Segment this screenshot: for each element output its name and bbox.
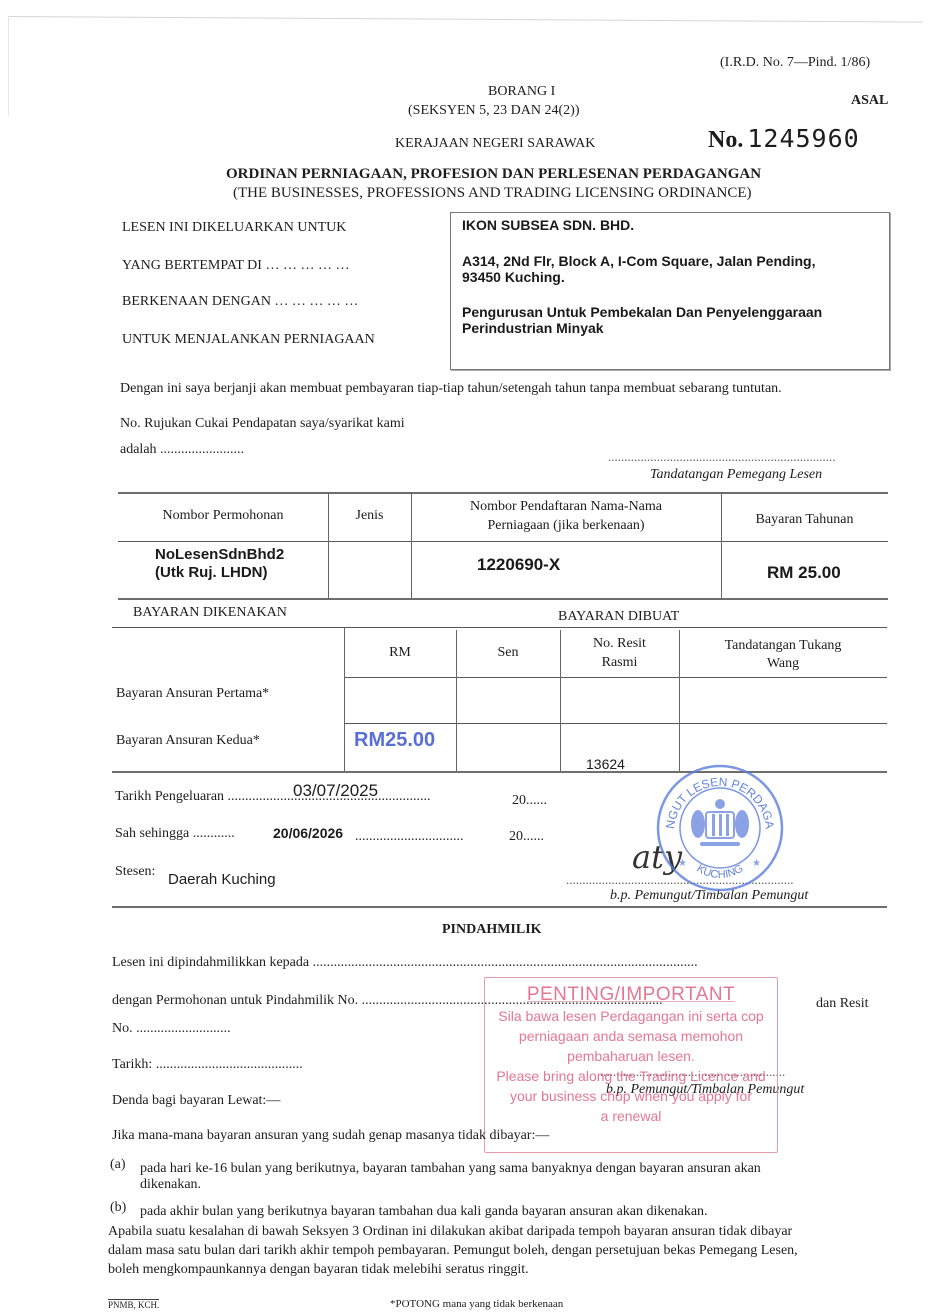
header-registration-no-line-2: Perniagaan (jika berkenaan) [411, 518, 721, 534]
holder-signature-line: ........................................… [608, 449, 836, 465]
tax-ref-value: adalah ........................ [120, 442, 244, 458]
header-annual-fee: Bayaran Tahunan [721, 512, 888, 528]
station-label: Stesen: [115, 864, 155, 880]
form-reference: (I.R.D. No. 7—Pind. 1/86) [720, 55, 870, 71]
important-stamp-line: Please bring along the Trading Licence a… [485, 1066, 777, 1086]
transfer-title: PINDAHMILIK [442, 922, 542, 938]
header-application-no: Nombor Permohonan [118, 508, 328, 524]
holder-signature-label: Tandatangan Pemegang Lesen [650, 467, 822, 483]
address-line-1: A314, 2Nd Flr, Block A, I-Com Square, Ja… [462, 253, 815, 269]
reg-table-bottom-border [118, 598, 888, 600]
important-stamp-line: pembaharuan lesen. [485, 1046, 777, 1066]
second-installment-receipt: 13624 [586, 756, 625, 772]
valid-until-dots: ............................... [355, 829, 464, 845]
late-fee-para-line-1: Apabila suatu kesalahan di bawah Seksyen… [108, 1224, 792, 1240]
issue-date-year: 20...... [512, 793, 547, 809]
ordinance-title-ms: ORDINAN PERNIAGAAN, PROFESION DAN PERLES… [226, 166, 761, 183]
station-value: Daerah Kuching [168, 871, 276, 888]
business-line-2: Perindustrian Minyak [462, 320, 604, 336]
copy-label: ASAL [851, 93, 888, 109]
declaration-text: Dengan ini saya berjanji akan membuat pe… [120, 381, 782, 397]
ordinance-title-en: (THE BUSINESSES, PROFESSIONS AND TRADING… [233, 185, 752, 202]
important-stamp-title: PENTING/IMPORTANT [485, 984, 777, 1006]
payments-charged-label: BAYARAN DIKENAKAN [133, 605, 287, 621]
label-to-carry-on: UNTUK MENJALANKAN PERNIAGAAN [122, 332, 375, 348]
company-name: IKON SUBSEA SDN. BHD. [462, 217, 634, 233]
annual-fee: RM 25.00 [767, 563, 841, 583]
licence-details-box [450, 212, 890, 370]
important-notice-stamp: PENTING/IMPORTANT Sila bawa lesen Perdag… [484, 977, 778, 1153]
payments-row-border [344, 723, 887, 724]
section-divider [112, 906, 887, 908]
issue-date-label: Tarikh Pengeluaran .....................… [115, 789, 431, 805]
address-line-2: 93450 Kuching. [462, 269, 565, 285]
header-rm: RM [344, 645, 456, 661]
important-stamp-line: Sila bawa lesen Perdagangan ini serta co… [485, 1006, 777, 1026]
payments-top-border [112, 627, 887, 628]
late-fee-a-line-1: pada hari ke-16 bulan yang berikutnya, b… [140, 1161, 761, 1177]
svg-text:KUCHING: KUCHING [695, 863, 746, 882]
late-fee-a-line-2: dikenakan. [140, 1177, 201, 1193]
header-receipt-line-1: No. Resit [560, 636, 679, 652]
valid-until-label: Sah sehingga ............ [115, 826, 235, 842]
valid-until-year: 20...... [509, 829, 544, 845]
label-located-at: YANG BERTEMPAT DI … … … … … [122, 258, 349, 274]
second-installment-rm: RM25.00 [354, 729, 435, 752]
label-issued-to: LESEN INI DIKELUARKAN UNTUK [122, 220, 346, 236]
payments-header-border [344, 677, 887, 678]
header-sen: Sen [456, 645, 560, 661]
registration-no: 1220690-X [477, 555, 560, 575]
reg-table-top-border [118, 492, 888, 494]
header-cashier-sig-line-1: Tandatangan Tukang [679, 638, 887, 654]
late-fee-para-line-3: boleh mengkompaunkannya dengan bayaran t… [108, 1262, 529, 1278]
collector-seal-icon: PEMUNGUT LESEN PERDAGANGAN KUCHING ★ ★ [654, 762, 786, 894]
late-fee-b-text: pada akhir bulan yang berikutnya bayaran… [140, 1204, 708, 1220]
business-line-1: Pengurusan Untuk Pembekalan Dan Penyelen… [462, 304, 822, 320]
transfer-and-receipt: dan Resit [816, 996, 869, 1012]
application-no-line-2: (Utk Ruj. LHDN) [155, 564, 268, 581]
printer-mark: PNMB, KCH. [108, 1299, 159, 1310]
row-first-installment-label: Bayaran Ansuran Pertama* [116, 686, 269, 702]
late-fee-label: Denda bagi bayaran Lewat:— [112, 1093, 280, 1109]
government-name: KERAJAAN NEGERI SARAWAK [395, 136, 595, 152]
serial-number-block: No. 1245960 [708, 124, 860, 154]
form-sections: (SEKSYEN 5, 23 DAN 24(2)) [408, 103, 580, 119]
serial-number: 1245960 [747, 124, 859, 153]
header-receipt-line-2: Rasmi [560, 655, 679, 671]
late-fee-para-line-2: dalam masa satu bulan dari tarikh akhir … [108, 1243, 798, 1259]
header-registration-no-line-1: Nombor Pendaftaran Nama-Nama [411, 499, 721, 515]
important-stamp-line: your business chop when you apply for [485, 1086, 777, 1106]
late-fee-b-marker: (b) [110, 1200, 126, 1216]
serial-prefix: No. [708, 127, 743, 153]
valid-until-value: 20/06/2026 [273, 825, 343, 841]
header-cashier-sig-line-2: Wang [679, 656, 887, 672]
row-second-installment-label: Bayaran Ansuran Kedua* [116, 733, 260, 749]
important-stamp-line: perniagaan anda semasa memohon [485, 1026, 777, 1046]
late-fee-intro: Jika mana-mana bayaran ansuran yang suda… [112, 1128, 549, 1144]
important-stamp-line: a renewal [485, 1106, 777, 1126]
svg-text:★: ★ [752, 858, 761, 869]
late-fee-a-marker: (a) [110, 1157, 126, 1173]
footer-note: *POTONG mana yang tidak berkenaan [390, 1298, 563, 1310]
reg-table-header-border [118, 541, 888, 542]
svg-text:★: ★ [678, 858, 687, 869]
transfer-no-line: No. ........................... [112, 1021, 231, 1037]
tax-ref-label: No. Rujukan Cukai Pendapatan saya/syarik… [120, 416, 405, 432]
header-type: Jenis [328, 508, 411, 524]
form-name: BORANG I [488, 84, 555, 100]
page-edge-left [8, 16, 9, 116]
transfer-to-line: Lesen ini dipindahmilikkan kepada ......… [112, 955, 698, 971]
transfer-date-line: Tarikh: ................................… [112, 1057, 303, 1073]
issue-date-value: 03/07/2025 [293, 781, 378, 801]
application-no-line-1: NoLesenSdnBhd2 [155, 546, 284, 563]
page-edge [8, 16, 923, 23]
reg-table-col-divider [721, 493, 722, 598]
label-regarding: BERKENAAN DENGAN … … … … … [122, 294, 358, 310]
payments-made-label: BAYARAN DIBUAT [558, 609, 679, 625]
